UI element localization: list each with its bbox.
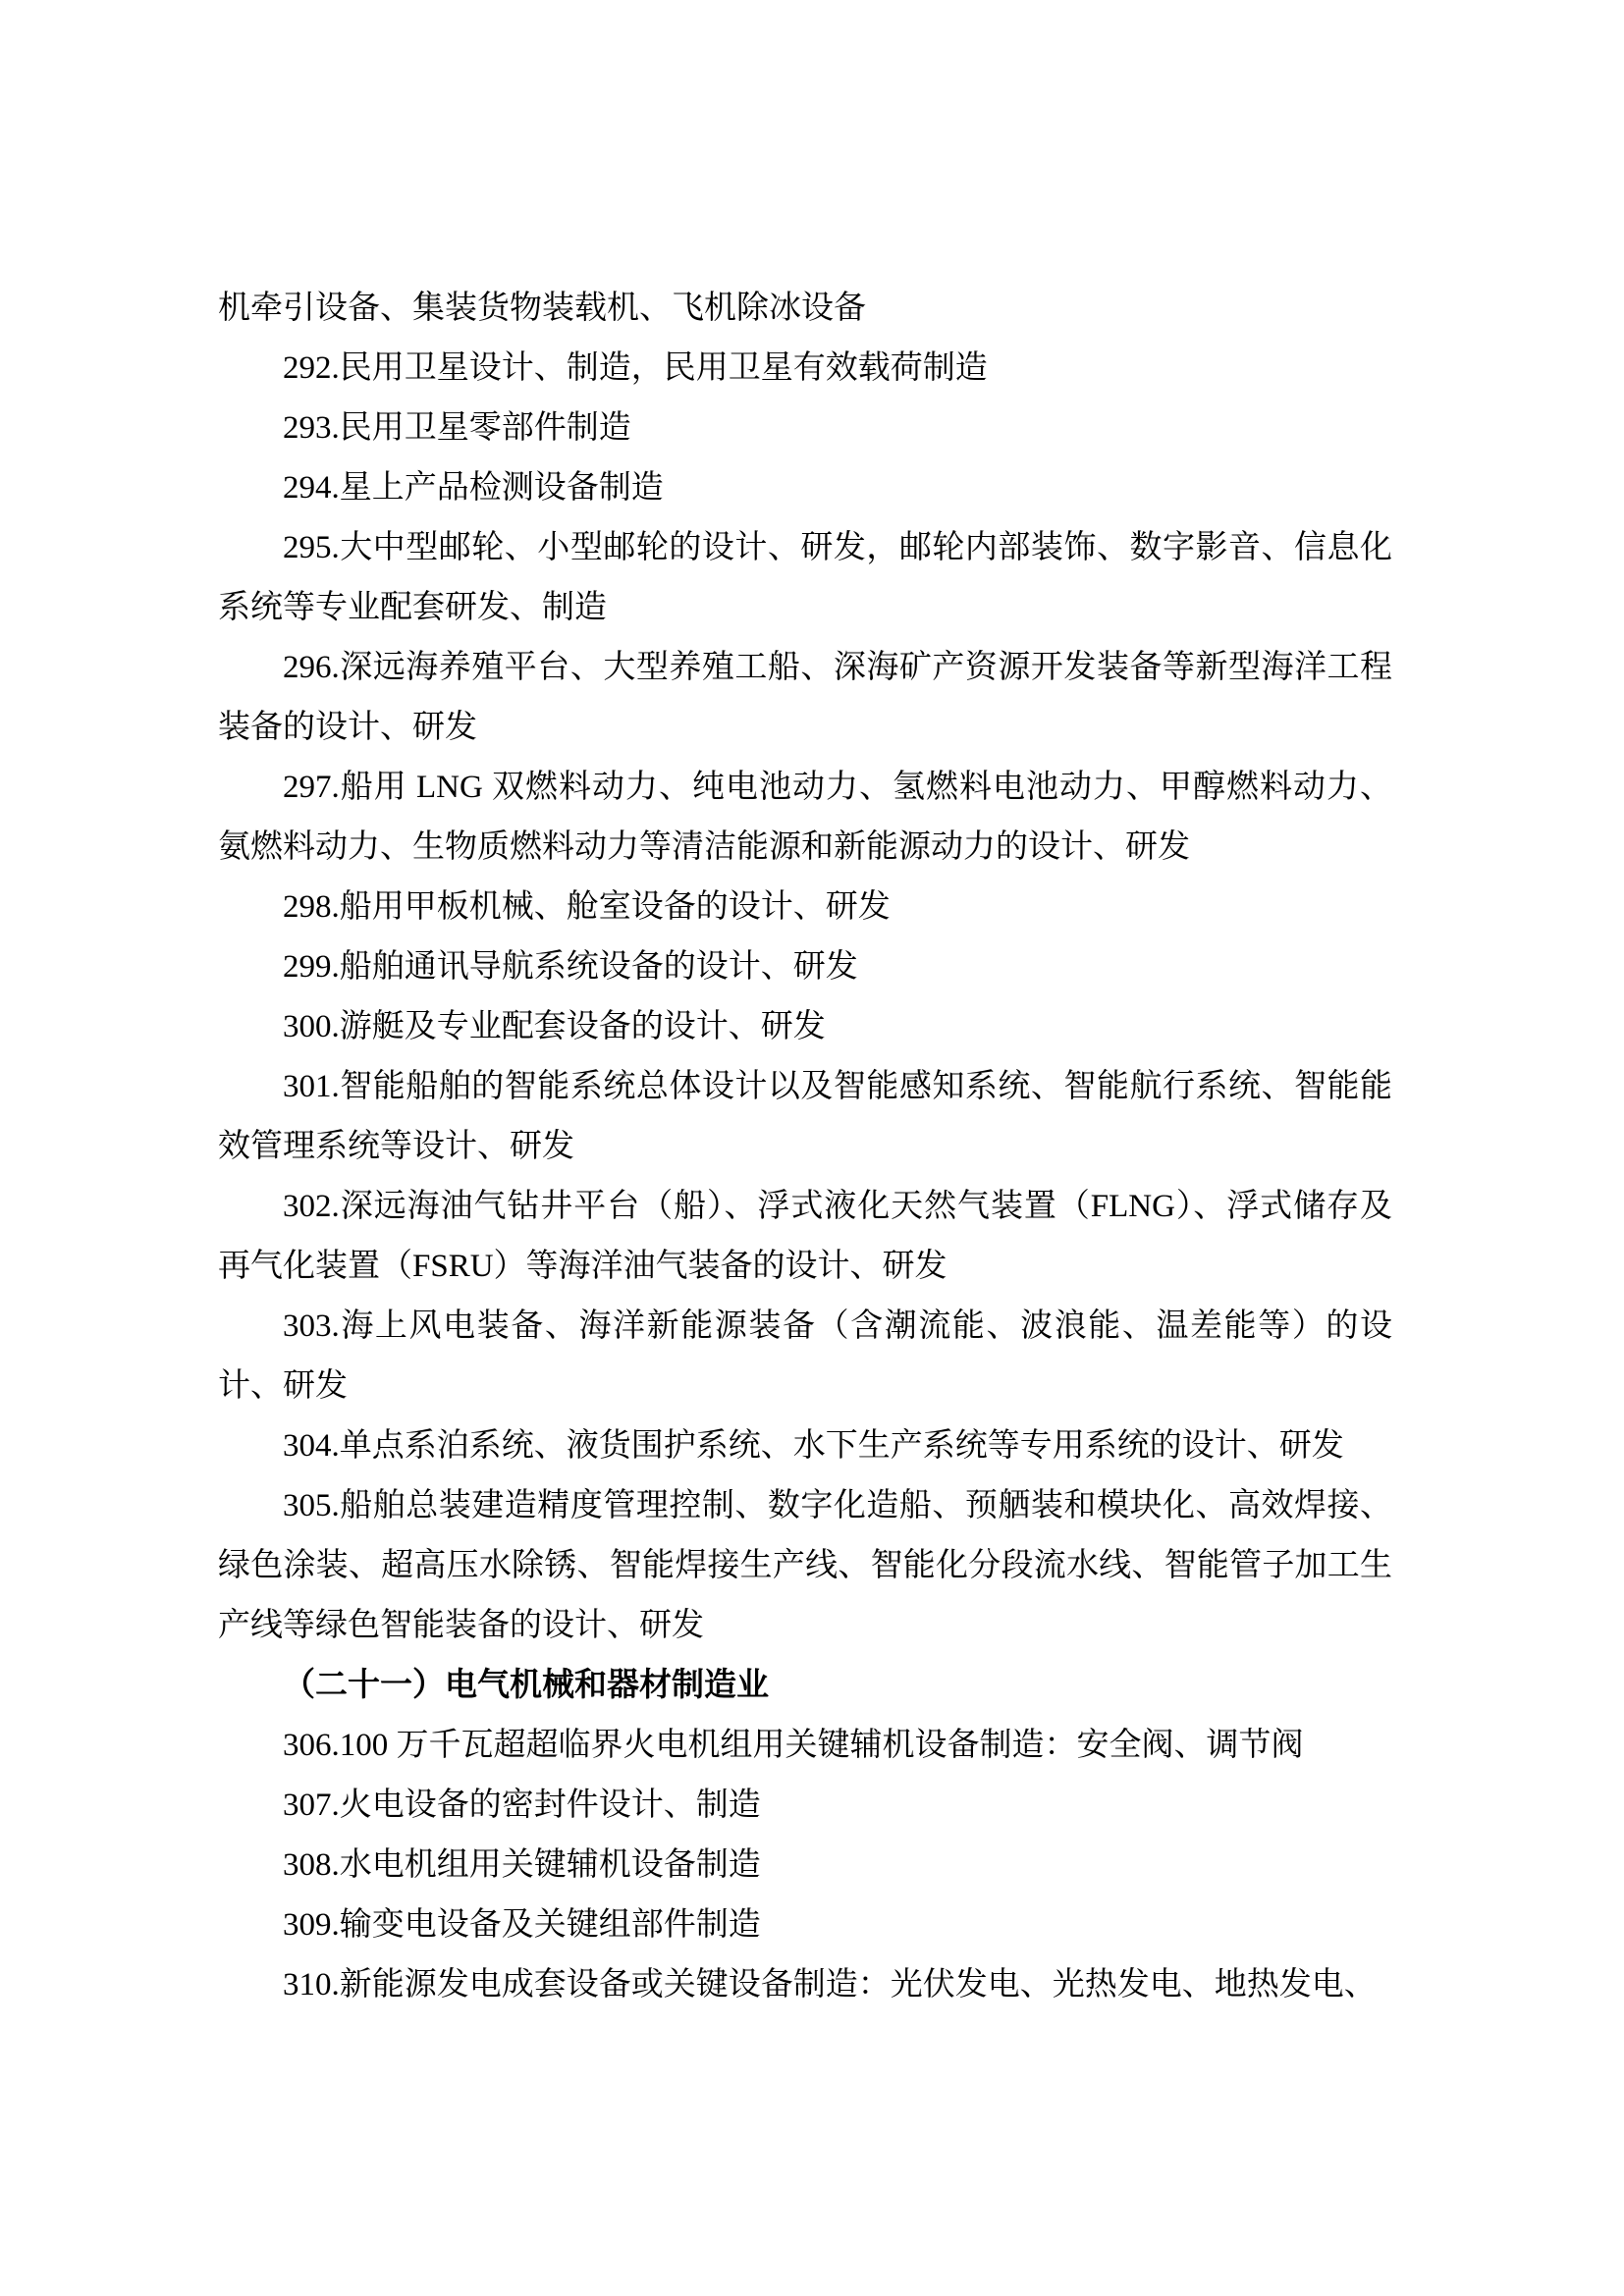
item-304: 304.单点系泊系统、液货围护系统、水下生产系统等专用系统的设计、研发 [218, 1416, 1392, 1476]
item-296: 296.深远海养殖平台、大型养殖工船、深海矿产资源开发装备等新型海洋工程装备的设… [218, 638, 1392, 758]
item-295: 295.大中型邮轮、小型邮轮的设计、研发，邮轮内部装饰、数字影音、信息化系统等专… [218, 518, 1392, 638]
item-308: 308.水电机组用关键辅机设备制造 [218, 1836, 1392, 1896]
text-block: 机牵引设备、集装货物装载机、飞机除冰设备 292.民用卫星设计、制造，民用卫星有… [218, 279, 1392, 2015]
item-303: 303.海上风电装备、海洋新能源装备（含潮流能、波浪能、温差能等）的设计、研发 [218, 1297, 1392, 1416]
item-302: 302.深远海油气钻井平台（船）、浮式液化天然气装置（FLNG）、浮式储存及再气… [218, 1177, 1392, 1297]
item-307: 307.火电设备的密封件设计、制造 [218, 1776, 1392, 1836]
item-298: 298.船用甲板机械、舱室设备的设计、研发 [218, 878, 1392, 937]
item-297: 297.船用 LNG 双燃料动力、纯电池动力、氢燃料电池动力、甲醇燃料动力、氨燃… [218, 758, 1392, 878]
item-292: 292.民用卫星设计、制造，民用卫星有效载荷制造 [218, 339, 1392, 399]
continuation-paragraph: 机牵引设备、集装货物装载机、飞机除冰设备 [218, 279, 1392, 339]
item-300: 300.游艇及专业配套设备的设计、研发 [218, 997, 1392, 1057]
section-heading: （二十一）电气机械和器材制造业 [218, 1656, 1392, 1716]
item-306: 306.100 万千瓦超超临界火电机组用关键辅机设备制造：安全阀、调节阀 [218, 1716, 1392, 1776]
item-309: 309.输变电设备及关键组部件制造 [218, 1896, 1392, 1955]
item-299: 299.船舶通讯导航系统设备的设计、研发 [218, 937, 1392, 997]
item-293: 293.民用卫星零部件制造 [218, 399, 1392, 458]
item-305: 305.船舶总装建造精度管理控制、数字化造船、预舾装和模块化、高效焊接、绿色涂装… [218, 1476, 1392, 1656]
item-301: 301.智能船舶的智能系统总体设计以及智能感知系统、智能航行系统、智能能效管理系… [218, 1057, 1392, 1177]
document-page: 机牵引设备、集装货物装载机、飞机除冰设备 292.民用卫星设计、制造，民用卫星有… [0, 0, 1624, 2296]
item-294: 294.星上产品检测设备制造 [218, 458, 1392, 518]
item-310: 310.新能源发电成套设备或关键设备制造：光伏发电、光热发电、地热发电、 [218, 1955, 1392, 2015]
